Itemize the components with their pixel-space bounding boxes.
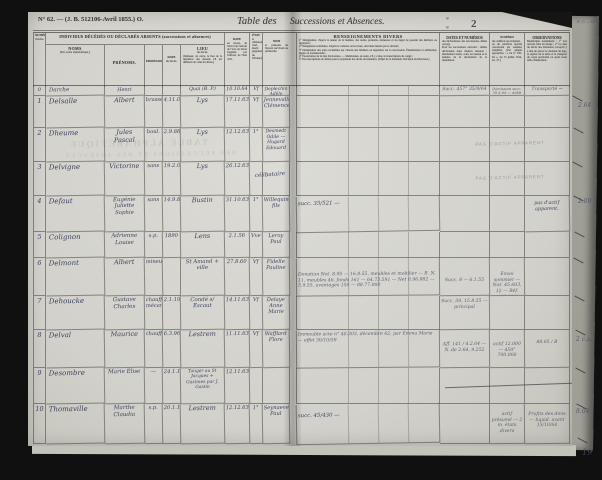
cell-date-deces: 6.3.96 — [163, 330, 182, 368]
header-date-envoi-sub: en retour, de l'envoi de l'extrait de l'… — [226, 42, 248, 61]
cell-date-envoi: 12.11.63 — [225, 368, 251, 404]
header-observations: OBSERVATIONS Mentionner notamment : 1° L… — [525, 33, 570, 87]
cell-profession: sans — [145, 162, 164, 196]
cell-lieu: Lys — [181, 128, 226, 163]
table-row: 0 Darche Henri Quai (B. P.) 10.10.64 Vf … — [33, 86, 570, 96]
cell-certificat: Démission succ. 30.4.64 — débit donné, p… — [490, 86, 525, 96]
cell-date-envoi: 11.11.63 — [225, 330, 251, 368]
cell-prenoms: Eugénie Juliette Sophie — [105, 196, 146, 233]
cell-renseignements — [296, 128, 440, 162]
cell-date-deces: 1890 — [163, 232, 181, 258]
cell-observations — [525, 232, 570, 258]
cell-prenoms: Albert — [105, 258, 146, 297]
header-numero-sub: d'ordre. — [35, 38, 44, 42]
corner-shadow — [502, 12, 572, 28]
cell-lieu: Lestrem — [181, 330, 226, 369]
cell-date-envoi: 12.12.63 — [225, 404, 251, 444]
cell-nom: Thomaville — [46, 403, 106, 444]
cell-prenoms: Henri — [105, 86, 145, 97]
cell-nom: Delval — [46, 329, 106, 368]
cell-prenoms: Maurice — [105, 330, 146, 369]
cell-date-envoi: 14.11.63 — [225, 296, 251, 330]
cell-certificat: Envoi sommier — Not. 45.603, 12 — Réf. 4… — [490, 258, 525, 296]
cell-numero: 4 — [33, 196, 46, 232]
cell-certificat — [490, 196, 525, 232]
header-certificat-note: ou du certificat spécial concernant les … — [491, 43, 523, 62]
table-row: 8 Delval Maurice chauffeur 6.3.96 Lestre… — [33, 330, 570, 368]
cell-certificat: actif présumé — 2 m. états divers — [490, 404, 525, 444]
cell-date-deces: 19.2.08 — [163, 162, 182, 196]
cell-numero: 10 — [33, 404, 46, 444]
renseignements-note-5: 5° Des inscriptions de délais pour le pa… — [298, 58, 438, 61]
table-row: 5 Colignon Adrienne Louise s.p. 1890 Len… — [33, 232, 570, 258]
header-group: INDIVIDUS DÉCÉDÉS OU DÉCLARÉS ABSENTS (s… — [46, 33, 225, 45]
cell-nom: Delmont — [46, 257, 106, 296]
register-sheet: N° 62. — (J. B. 512106-Avril 1855.) O. T… — [28, 12, 572, 446]
cell-observations — [525, 296, 570, 330]
margin-note: 2.09 — [578, 198, 591, 205]
cell-prenoms: Gustave Charles — [105, 296, 146, 331]
cell-etat: Vve — [250, 232, 263, 258]
header-group-label: INDIVIDUS DÉCÉDÉS OU DÉCLARÉS ABSENTS (s… — [47, 34, 223, 39]
header-etat: ÉTAT si célibataire, veuf, marié (jugeme… — [250, 33, 263, 87]
cell-dates-numeros: Succ. 59, 15.8.55 — principal — [440, 296, 490, 330]
cell-observations: pas d'actif apparent. — [525, 196, 571, 233]
cell-nom: Colignon — [46, 231, 105, 258]
cell-etat: 1° — [250, 196, 264, 232]
cell-prenoms: Albert — [105, 96, 146, 129]
cell-profession: boul. — [145, 128, 164, 162]
cell-dates-numeros — [440, 96, 490, 128]
cell-renseignements — [296, 296, 440, 330]
cell-date-envoi: 10.10.64 — [225, 86, 250, 96]
table-row: 1 Delsalle Albert brasseur 4.11.07 Lys 1… — [33, 96, 570, 128]
cell-lieu: Lys — [181, 96, 226, 129]
cell-date-envoi: 2.1.56 — [225, 232, 250, 258]
cell-date-deces: 4.11.07 — [163, 96, 182, 128]
header-numero: NUMÉRO d'ordre. — [33, 33, 46, 87]
cell-date-deces — [163, 86, 181, 96]
header-observations-note: Mentionner notamment : 1° Les renvois fa… — [526, 40, 568, 62]
table-row: 3 Delvigne Victorine sans 19.2.08 Lys 26… — [33, 162, 570, 196]
cell-numero: 0 — [33, 86, 46, 96]
header-lieu: LIEU du décès. (Indiquer, en outre, le l… — [181, 45, 225, 87]
table-row: 4 Defaut Eugénie Juliette Sophie sans 14… — [33, 196, 570, 232]
header-date-envoi: DATE en retour, de l'envoi de l'extrait … — [225, 33, 250, 87]
header-date-deces: DATE du décès. — [163, 45, 181, 87]
cell-etat: 1° — [250, 404, 264, 444]
cell-date-envoi: 17.11.63 — [225, 96, 251, 128]
cell-profession: brasseur — [145, 96, 164, 128]
cell-certificat — [490, 296, 525, 330]
cell-profession — [145, 86, 163, 96]
table-header: NUMÉRO d'ordre. INDIVIDUS DÉCÉDÉS OU DÉC… — [33, 32, 570, 86]
cell-lieu: Lens — [181, 232, 225, 259]
binding-fold — [283, 12, 301, 446]
cell-date-envoi: 31.10.63 — [225, 196, 251, 232]
table-row: 2 Dheume Jules Pascal boul. 2.9.88 Lys 1… — [33, 128, 570, 162]
cell-dates-numeros — [440, 232, 490, 258]
cell-date-deces: 20.1.1898 — [163, 404, 182, 444]
pen-mark: ≈ — [446, 17, 449, 22]
cell-certificat — [490, 232, 525, 258]
page-title-left: Table des — [237, 16, 277, 27]
cell-renseignements: succ. 45/430 — — [296, 403, 441, 446]
margin-corner-flourish: 19 — [582, 448, 592, 457]
cell-numero: 9 — [33, 368, 46, 404]
cell-profession: s.p. — [145, 404, 164, 444]
cell-dates-numeros — [440, 404, 490, 444]
cell-etat: Vf — [250, 258, 264, 296]
margin-note: 8.04 — [576, 408, 589, 415]
header-dates-numeros-note: Pour les successions ouvertes : même déc… — [441, 46, 488, 62]
cell-date-deces — [163, 258, 181, 296]
cell-lieu: Condé s/ Escaut — [181, 296, 226, 331]
scanned-register-spread: N° 62 — (J. B. N° 62. — (J. B. 512106-Av… — [0, 0, 602, 480]
cell-numero: 2 — [33, 128, 46, 162]
cell-profession: sans — [145, 196, 164, 232]
cell-date-deces: 2.9.88 — [163, 128, 182, 162]
cell-renseignements: Immeuble acte n° 40.303, décembre 62, pa… — [296, 329, 440, 368]
cell-numero: 1 — [33, 96, 46, 128]
cell-nom: Dehoucke — [46, 295, 106, 330]
cell-certificat: actif 12.000 — 450° 700.000 — [490, 330, 525, 368]
cell-date-deces: 24.1.1908 — [163, 368, 182, 404]
table-row: 9 Desombre Marie Élise — 24.1.1908 Tange… — [33, 368, 570, 404]
cell-renseignements — [296, 162, 440, 196]
cell-observations: Transporté → — [525, 86, 570, 96]
cell-renseignements — [296, 86, 440, 96]
cell-profession: chauffeur mécan. — [145, 296, 164, 330]
cell-nom: Dheume — [46, 127, 106, 162]
cell-renseignements: Donation Not. 8.95 — 16.8.55, meubles et… — [296, 257, 440, 296]
cell-etat: Vf — [250, 330, 264, 368]
cell-etat: Vf — [250, 96, 264, 128]
cell-observations — [525, 258, 570, 296]
cell-renseignements — [296, 368, 440, 404]
cell-numero: 8 — [33, 330, 46, 368]
cell-profession: — — [145, 368, 164, 404]
cell-lieu: Tanger au St Jacques + Gastines par J. G… — [181, 368, 226, 405]
cell-etat: Vf — [250, 86, 263, 96]
cell-nom: Delvigne — [46, 161, 106, 196]
cell-etat — [250, 368, 263, 404]
cell-renseignements: succ. 35/521 — — [296, 195, 441, 234]
cell-date-envoi: 27.8.60 — [225, 258, 251, 296]
cell-numero: 6 — [33, 258, 46, 296]
header-etat-sub: si célibataire, veuf, marié (jugement du… — [251, 38, 261, 60]
table-row: 10 Thomaville Marthe Claudia s.p. 20.1.1… — [33, 404, 570, 444]
cell-nom: Delsalle — [46, 95, 106, 128]
margin-note: 2 c.s. — [576, 336, 592, 343]
form-number: N° 62. — (J. B. 512106-Avril 1855.) O. — [38, 16, 143, 23]
table-row: 7 Dehoucke Gustave Charles chauffeur méc… — [33, 296, 570, 330]
cell-dates-numeros — [440, 196, 490, 232]
cell-date-envoi: 12.12.63 — [225, 128, 251, 162]
margin-note: 2.64 — [578, 102, 591, 109]
cell-lieu: St Amand + ville — [181, 258, 226, 297]
cell-date-deces: 14.9.89 — [163, 196, 182, 232]
cell-etat: 1° — [250, 128, 264, 162]
cell-observations: Profits des dons — liquid. avant 15/10/6… — [525, 404, 570, 444]
cell-profession: chauffeur — [145, 330, 164, 368]
cell-observations — [525, 368, 570, 404]
cell-prenoms: Adrienne Louise — [105, 232, 145, 259]
cell-numero: 3 — [33, 162, 46, 196]
cell-etat: Vf — [250, 296, 264, 330]
cell-certificat — [490, 96, 525, 128]
cell-lieu: Bustin — [181, 196, 226, 233]
header-professions-label: PROFESSIONS. — [146, 60, 161, 64]
cell-lieu: Lestrem — [181, 404, 226, 445]
cell-prenoms: Marie Élise — [105, 368, 146, 405]
header-dates-numeros: DATES ET NUMÉROS des déclarations, des s… — [440, 33, 490, 87]
header-renseignements: RENSEIGNEMENTS DIVERS 1° Désignation, d'… — [296, 33, 440, 87]
cell-numero: 5 — [33, 232, 46, 258]
cell-nom: Defaut — [46, 195, 106, 232]
rule — [33, 30, 570, 31]
cell-numero: 7 — [33, 296, 46, 330]
cell-lieu: Lys — [181, 162, 226, 197]
header-prenoms: PRÉNOMS. — [105, 45, 145, 87]
cell-prenoms: Marthe Claudia — [105, 404, 146, 445]
header-lieu-note: (Indiquer, en outre, le lieu de la résid… — [182, 55, 223, 65]
page-number: 2 — [471, 18, 477, 30]
cell-profession: mineur — [145, 258, 164, 296]
table-row: 6 Delmont Albert mineur St Amand + ville… — [33, 258, 570, 296]
cell-date-deces: 2.1.1907 — [163, 296, 182, 330]
page-title-right: Successions et Absences. — [290, 17, 385, 27]
header-prenoms-label: PRÉNOMS. — [106, 60, 143, 65]
cell-renseignements — [296, 96, 440, 128]
header-noms-sub: (Par ordre alphabétique.) — [47, 51, 103, 55]
cell-observations — [525, 96, 570, 128]
header-date-deces-sub: du décès. — [164, 60, 179, 64]
cell-dates-numeros: Aff. 141 / 4.2.64 — N. de 2.64, 9.252 — [440, 330, 490, 368]
cell-nom: Desombre — [46, 367, 106, 404]
cell-renseignements — [296, 232, 440, 258]
header-professions: PROFESSIONS. — [145, 45, 163, 87]
cell-observations: 88.05 / B — [525, 330, 570, 368]
header-noms: NOMS (Par ordre alphabétique.) — [46, 45, 105, 87]
cell-prenoms: Jules Pascal — [105, 128, 146, 163]
cell-prenoms: Victorine — [105, 162, 146, 197]
cell-dates-numeros: Succ. 457° 35/9/64 — [440, 86, 490, 96]
cell-profession: s.p. — [145, 232, 163, 258]
header-certificat: NUMÉRO du certificat ou récépissé, ou du… — [490, 33, 525, 87]
cell-dates-numeros: Succ. 8 — 6.1.55 — [440, 258, 490, 296]
